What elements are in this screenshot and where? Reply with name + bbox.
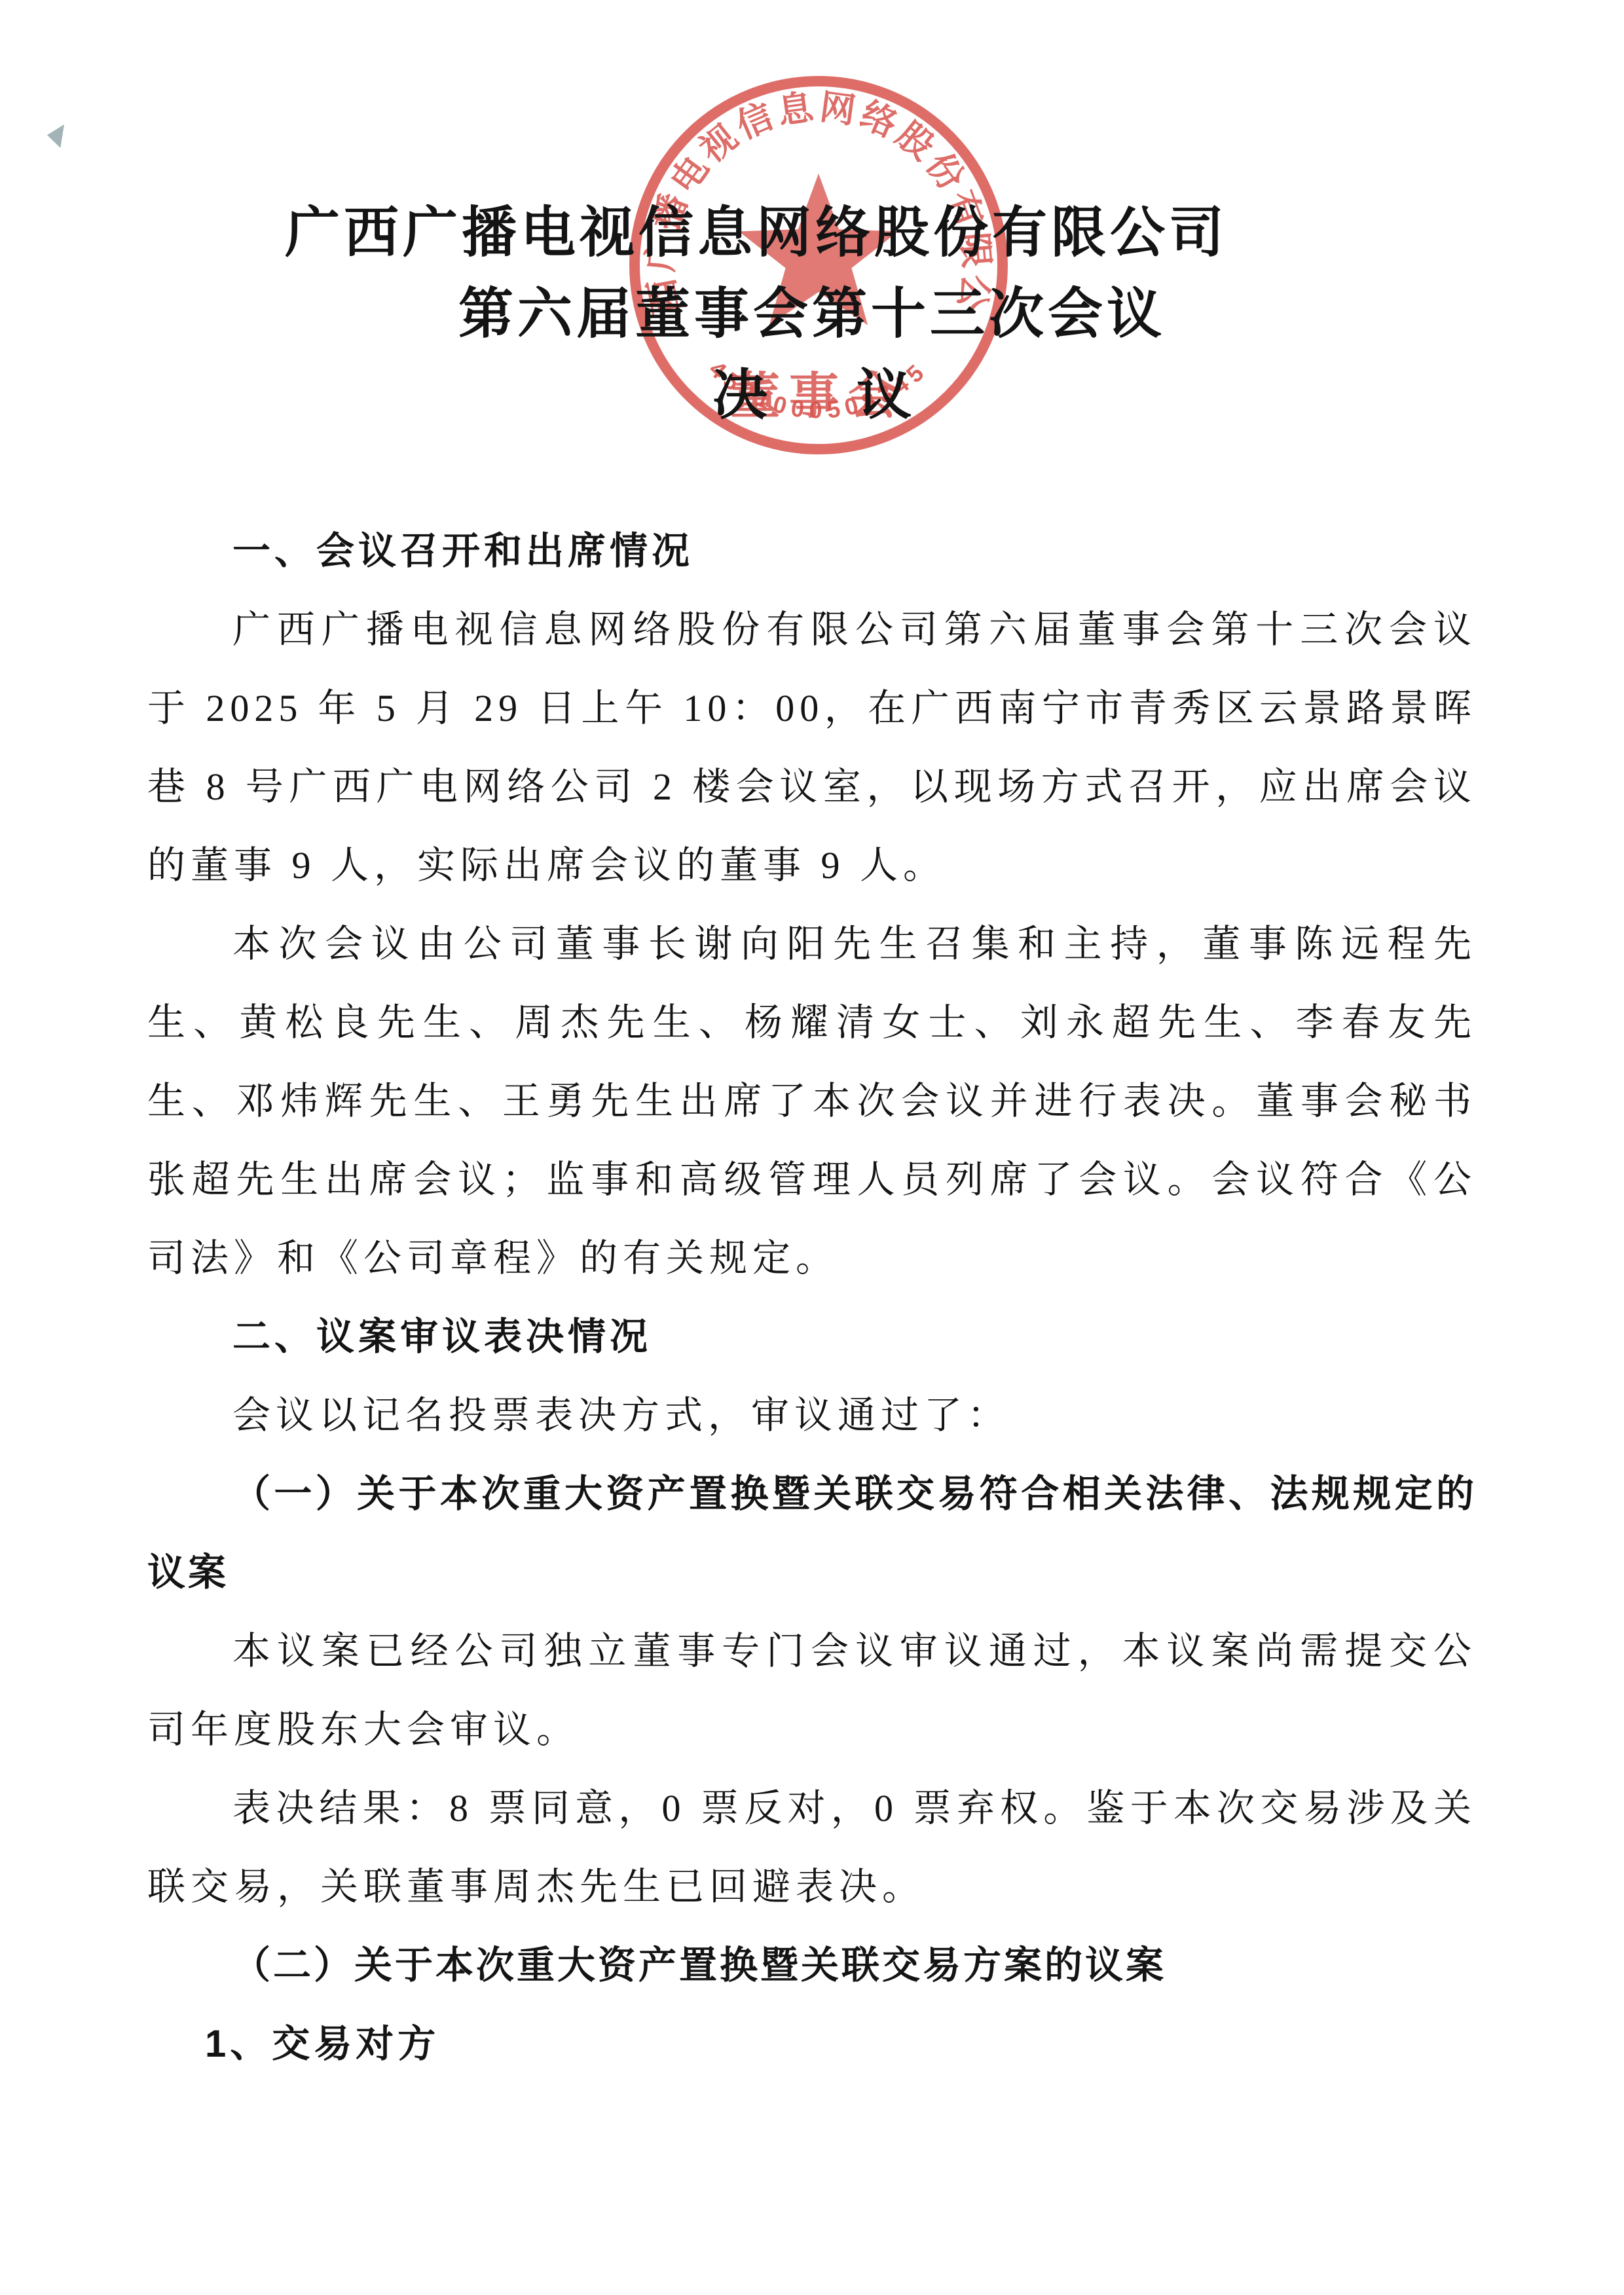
document-title-line-1: 广西广播电视信息网络股份有限公司	[0, 189, 1568, 268]
section-heading-2: 二、议案审议表决情况	[147, 1298, 1477, 1376]
paragraph-proposal-1: 本议案已经公司独立董事专门会议审议通过，本议案尚需提交公司年度股东大会审议。	[147, 1612, 1477, 1769]
document-page: 广西广播电视信息网络股份有限公司 董事会 4501000508345 广西广播电…	[0, 0, 1624, 2295]
section-heading-1: 一、会议召开和出席情况	[147, 512, 1477, 591]
document-title-line-3: 决 议	[9, 351, 1624, 430]
paragraph-meeting-info: 广西广播电视信息网络股份有限公司第六届董事会第十三次会议于 2025 年 5 月…	[147, 591, 1477, 905]
subitem-counterparty: 1、交易对方	[147, 2005, 1477, 2084]
document-body: 一、会议召开和出席情况 广西广播电视信息网络股份有限公司第六届董事会第十三次会议…	[147, 512, 1477, 2084]
scan-artifact	[47, 124, 64, 148]
paragraph-vote-method: 会议以记名投票表决方式，审议通过了：	[147, 1376, 1477, 1455]
proposal-heading-1: （一）关于本次重大资产置换暨关联交易符合相关法律、法规规定的议案	[147, 1455, 1477, 1612]
paragraph-attendees: 本次会议由公司董事长谢向阳先生召集和主持，董事陈远程先生、黄松良先生、周杰先生、…	[147, 905, 1477, 1298]
proposal-heading-2: （二）关于本次重大资产置换暨关联交易方案的议案	[147, 1926, 1477, 2005]
document-title-line-2: 第六届董事会第十三次会议	[0, 270, 1624, 349]
paragraph-vote-result: 表决结果：8 票同意，0 票反对，0 票弃权。鉴于本次交易涉及关联交易，关联董事…	[147, 1769, 1477, 1926]
